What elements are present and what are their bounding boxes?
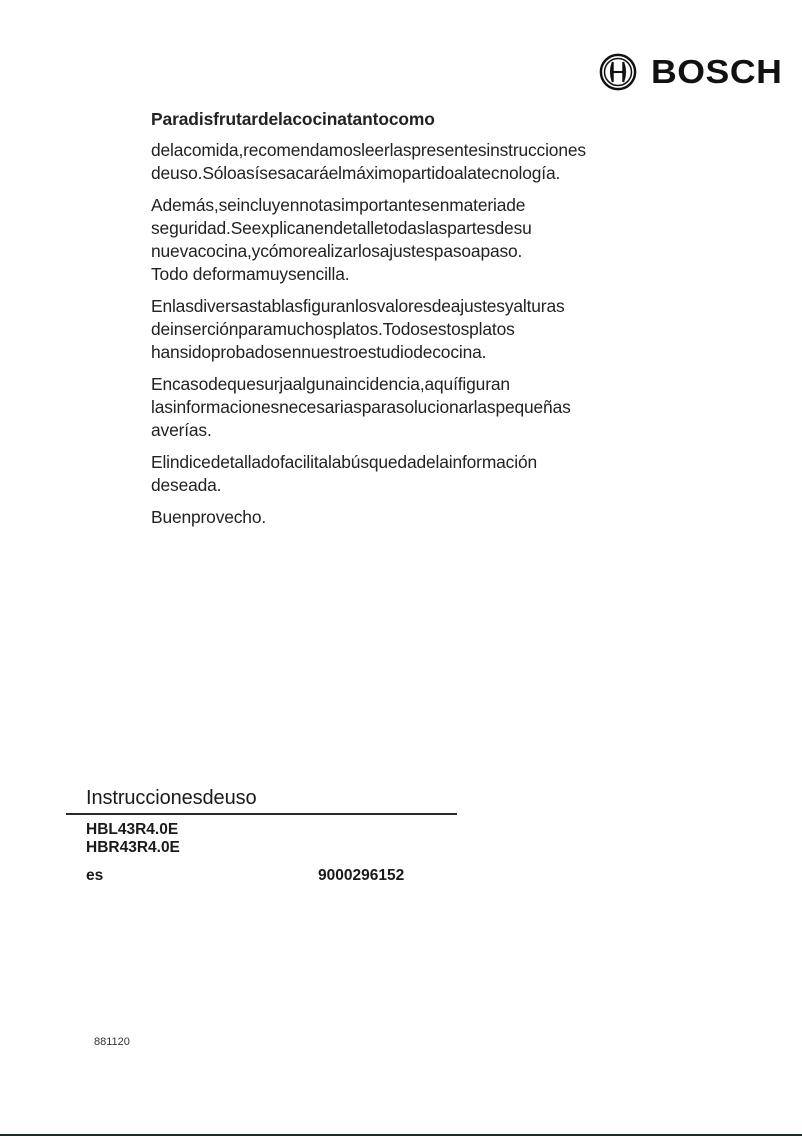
- paragraph-line: Además,seincluyennotasimportantesenmater…: [151, 194, 641, 217]
- paragraph-line: seguridad.Seexplicanendetalletodaslaspar…: [151, 217, 641, 240]
- paragraph-line: lasinformacionesnecesariasparasolucionar…: [151, 396, 641, 419]
- print-code: 881120: [94, 1036, 130, 1048]
- intro-paragraph: delacomida,recomendamosleerlaspresentesi…: [151, 139, 641, 185]
- paragraph-line: averías.: [151, 419, 641, 442]
- paragraph-line: Encasodequesurjaalgunaincidencia,aquífig…: [151, 373, 641, 396]
- language-code: es: [86, 867, 103, 885]
- intro-text: Paradisfrutardelacocinatantocomo delacom…: [151, 108, 641, 538]
- document-number: 9000296152: [318, 867, 404, 885]
- bosch-logo: BOSCH: [599, 53, 773, 91]
- paragraph-line: Buenprovecho.: [151, 506, 641, 529]
- intro-lead: Paradisfrutardelacocinatantocomo: [151, 108, 641, 131]
- bosch-wordmark: BOSCH: [651, 53, 782, 91]
- paragraph-line: hansidoprobadosennuestroestudiodecocina.: [151, 341, 641, 364]
- intro-paragraphs: delacomida,recomendamosleerlaspresentesi…: [151, 139, 641, 529]
- paragraph-line: deinserciónparamuchosplatos.Todosestospl…: [151, 318, 641, 341]
- paragraph-line: Enlasdiversastablasfiguranlosvaloresdeaj…: [151, 295, 641, 318]
- document-title: Instruccionesdeuso: [86, 787, 257, 810]
- model-number: HBR43R4.0E: [86, 839, 180, 857]
- model-number: HBL43R4.0E: [86, 821, 180, 839]
- paragraph-line: Todo deformamuysencilla.: [151, 263, 641, 286]
- bosch-armature-icon: [599, 53, 637, 91]
- paragraph-line: delacomida,recomendamosleerlaspresentesi…: [151, 139, 641, 162]
- title-divider: [66, 813, 457, 815]
- model-list: HBL43R4.0E HBR43R4.0E: [86, 821, 180, 857]
- paragraph-line: nuevacocina,ycómorealizarlosajustespasoa…: [151, 240, 641, 263]
- intro-paragraph: Además,seincluyennotasimportantesenmater…: [151, 194, 641, 286]
- intro-paragraph: Encasodequesurjaalgunaincidencia,aquífig…: [151, 373, 641, 442]
- paragraph-line: deuso.Sóloasísesacaráelmáximopartidoalat…: [151, 162, 641, 185]
- intro-paragraph: Buenprovecho.: [151, 506, 641, 529]
- paragraph-line: deseada.: [151, 474, 641, 497]
- intro-paragraph: Elindicedetalladofacilitalabúsquedadelai…: [151, 451, 641, 497]
- paragraph-line: Elindicedetalladofacilitalabúsquedadelai…: [151, 451, 641, 474]
- intro-paragraph: Enlasdiversastablasfiguranlosvaloresdeaj…: [151, 295, 641, 364]
